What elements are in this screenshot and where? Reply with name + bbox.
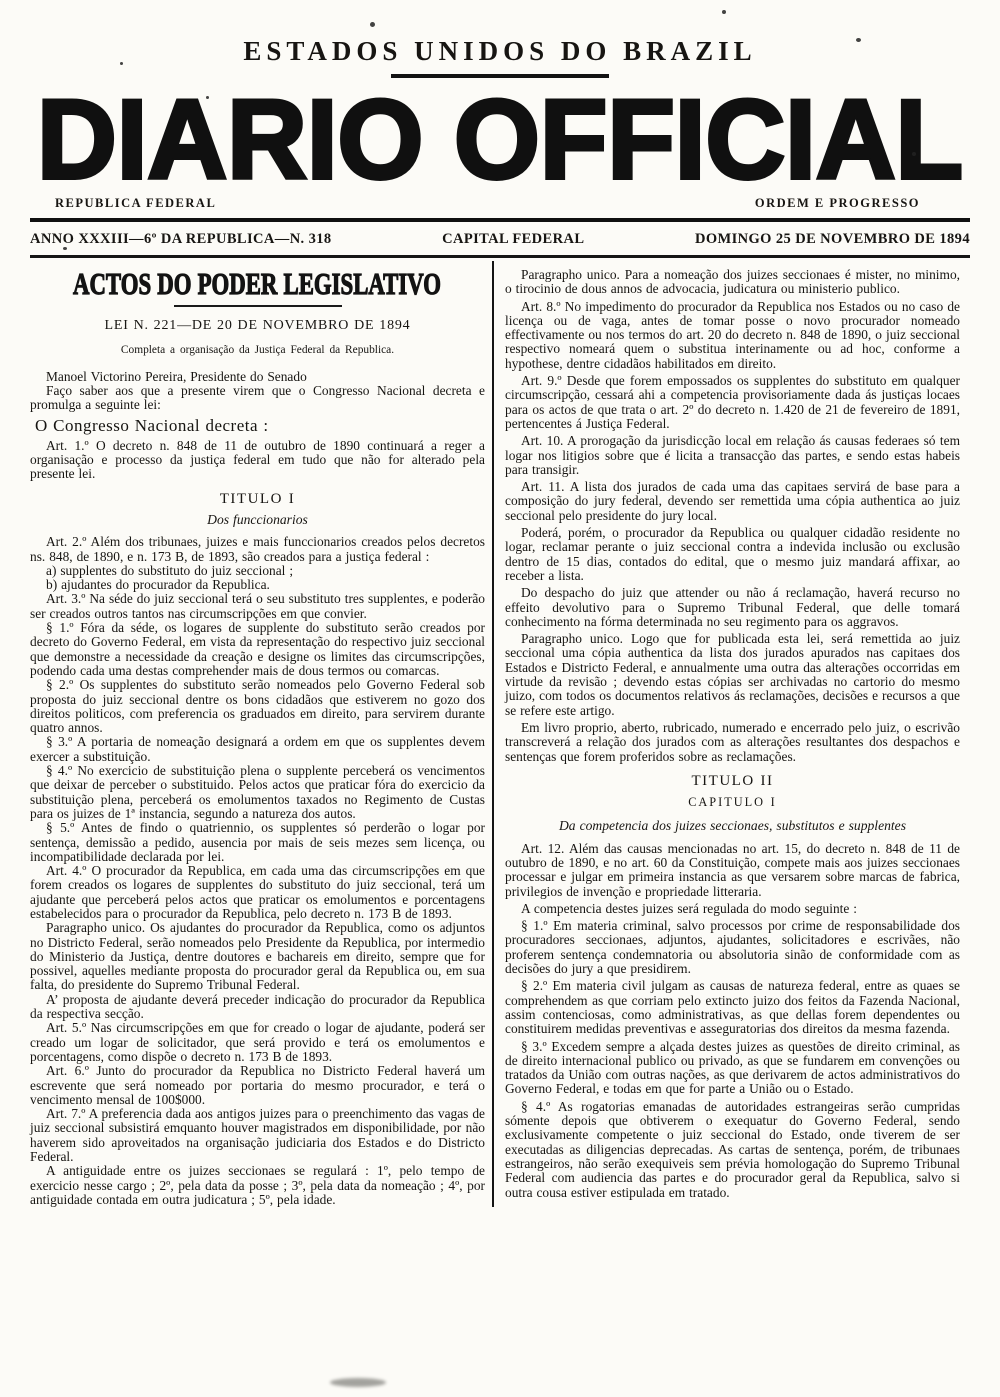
paragraph: Art. 7.º A preferencia dada aos antigos … [30, 1107, 485, 1164]
motto-row: REPUBLICA FEDERAL ORDEM E PROGRESSO [30, 196, 970, 211]
paragraph: § 3.º Excedem sempre a alçada destes jui… [505, 1040, 960, 1097]
paragraph: Art. 5.º Nas circumscripções em que for … [30, 1021, 485, 1064]
ink-speck [722, 10, 726, 14]
paragraph: Art. 3.º Na séde do juiz seccional terá … [30, 592, 485, 621]
paragraph: Art. 9.º Desde que forem empossados os s… [505, 374, 960, 431]
chapter-subtitle: Da competencia dos juizes seccionaes, su… [505, 819, 960, 833]
paragraph: § 4.º As rogatorias emanadas de autorida… [505, 1100, 960, 1200]
titulo-heading: TITULO II [505, 774, 960, 788]
paragraph: Paragrapho unico. Logo que for publicada… [505, 632, 960, 718]
list-item: a) supplentes do substituto do juiz secc… [30, 564, 485, 578]
header-rule [30, 218, 970, 223]
paragraph: § 2.º Os supplentes do substituto serão … [30, 678, 485, 735]
paragraph: § 4.º No exercicio de substituição plena… [30, 764, 485, 821]
paragraph: Art. 6.º Junto do procurador da Republic… [30, 1064, 485, 1107]
country-title: ESTADOS UNIDOS DO BRAZIL [30, 36, 970, 67]
paragraph: § 2.º Em materia civil julgam as causas … [505, 979, 960, 1036]
titulo-heading: TITULO I [30, 492, 485, 506]
paragraph: Art. 10. A prorogação da jurisdicção loc… [505, 434, 960, 477]
paragraph: Art. 1.º O decreto n. 848 de 11 de outub… [30, 439, 485, 482]
body-columns: ACTOS DO PODER LEGISLATIVO LEI N. 221—DE… [30, 261, 970, 1207]
law-number: LEI N. 221—DE 20 DE NOVEMBRO DE 1894 [30, 319, 485, 333]
header: ESTADOS UNIDOS DO BRAZIL DIARIO OFFICIAL… [30, 36, 970, 258]
column-divider [492, 261, 494, 1207]
paragraph: § 5.º Antes de findo o quatriennio, os s… [30, 821, 485, 864]
ink-speck [63, 247, 67, 250]
paragraph: Manoel Victorino Pereira, Presidente do … [30, 370, 485, 384]
list-item: b) ajudantes do procurador da Republica. [30, 578, 485, 592]
issue-date: DOMINGO 25 DE NOVEMBRO DE 1894 [695, 231, 970, 248]
paragraph: A competencia destes juizes será regulad… [505, 902, 960, 916]
paragraph: Paragrapho unico. Os ajudantes do procur… [30, 921, 485, 992]
paragraph: A antiguidade entre os juizes seccionaes… [30, 1164, 485, 1207]
capitulo-heading: CAPITULO I [505, 795, 960, 809]
ink-smudge [330, 1378, 386, 1387]
law-summary: Completa a organisação da Justiça Federa… [30, 343, 485, 357]
paragraph: Poderá, porém, o procurador da Republica… [505, 526, 960, 583]
paragraph: Do despacho do juiz que attender ou não … [505, 586, 960, 629]
section-heading-rule [174, 305, 342, 307]
decree-line: O Congresso Nacional decreta : [30, 419, 485, 433]
motto-right: ORDEM E PROGRESSO [755, 196, 920, 211]
ink-speck [856, 38, 861, 42]
ink-speck [912, 152, 916, 156]
paragraph: § 3.º A portaria de nomeação designará a… [30, 735, 485, 764]
paragraph: Faço saber aos que a presente virem que … [30, 384, 485, 413]
issue-row: ANNO XXXIII—6º DA REPUBLICA—N. 318 CAPIT… [30, 231, 970, 248]
paragraph: Art. 2.º Além dos tribunaes, juizes e ma… [30, 535, 485, 564]
motto-left: REPUBLICA FEDERAL [55, 196, 216, 211]
masthead: DIARIO OFFICIAL [30, 88, 970, 192]
chapter-subtitle: Dos funccionarios [30, 513, 485, 527]
column-right: Paragrapho unico. Para a nomeação dos ju… [496, 261, 960, 1207]
paragraph: Art. 4.º O procurador da Republica, em c… [30, 864, 485, 921]
paragraph: Art. 12. Além das causas mencionadas no … [505, 842, 960, 899]
paragraph: A’ proposta de ajudante deverá preceder … [30, 993, 485, 1022]
issue-place: CAPITAL FEDERAL [442, 231, 584, 248]
country-underline [391, 74, 609, 78]
newspaper-page: ESTADOS UNIDOS DO BRAZIL DIARIO OFFICIAL… [0, 0, 1000, 1397]
paragraph: Em livro proprio, aberto, rubricado, num… [505, 721, 960, 764]
paragraph: § 1.º Fóra da séde, os logares de supple… [30, 621, 485, 678]
columns-top-rule [30, 255, 970, 258]
paragraph: Art. 8.º No impedimento do procurador da… [505, 300, 960, 371]
section-heading: ACTOS DO PODER LEGISLATIVO [65, 266, 450, 302]
masthead-title: DIARIO OFFICIAL [37, 88, 963, 192]
column-left: ACTOS DO PODER LEGISLATIVO LEI N. 221—DE… [30, 261, 490, 1207]
ink-speck [370, 22, 375, 27]
section-title: ACTOS DO PODER LEGISLATIVO [73, 266, 441, 301]
paragraph: Paragrapho unico. Para a nomeação dos ju… [505, 268, 960, 297]
issue-volume: ANNO XXXIII—6º DA REPUBLICA—N. 318 [30, 231, 332, 248]
ink-speck [206, 96, 209, 99]
paragraph: § 1.º Em materia criminal, salvo process… [505, 919, 960, 976]
paragraph: Art. 11. A lista dos jurados de cada uma… [505, 480, 960, 523]
ink-speck [120, 62, 123, 65]
